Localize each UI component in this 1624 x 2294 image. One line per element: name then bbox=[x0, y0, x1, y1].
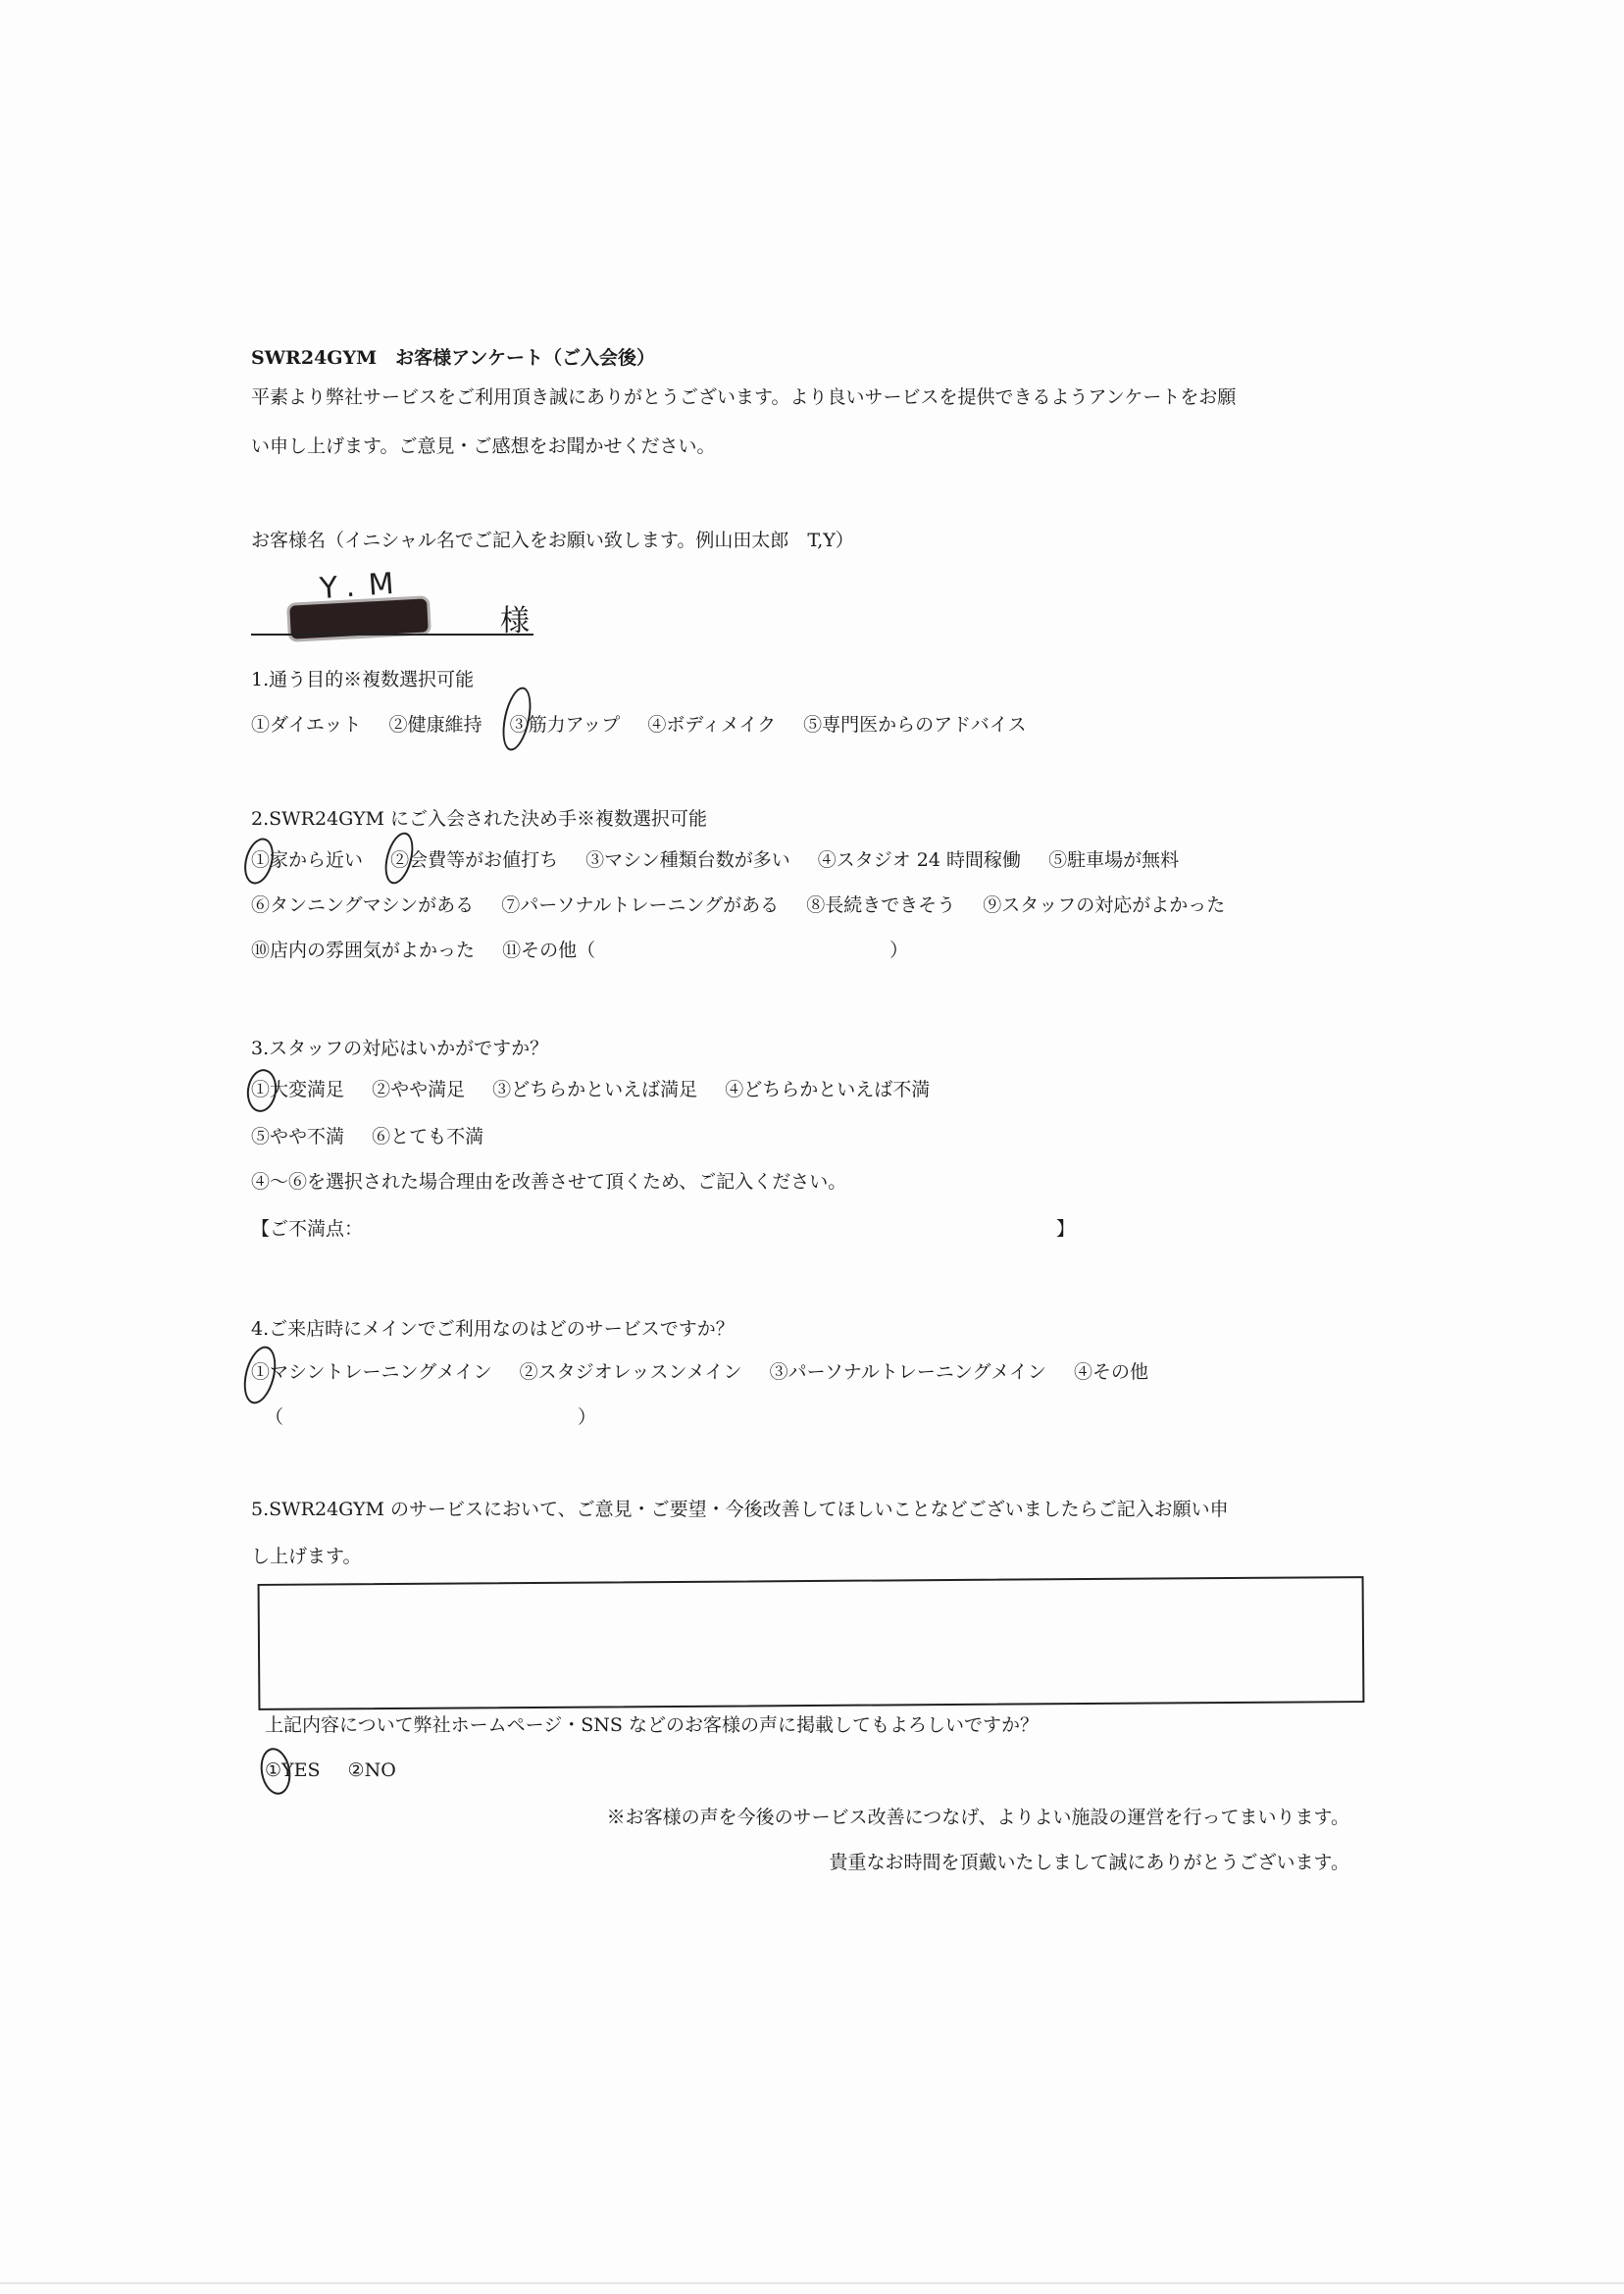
q2-options-row1: ①家から近い ②会費等がお値打ち ③マシン種類台数が多い ④スタジオ 24 時間… bbox=[251, 847, 1200, 873]
q1-options: ①ダイエット ②健康維持 ③筋力アップ ④ボディメイク ⑤専門医からのアドバイス bbox=[251, 712, 1048, 738]
q3-complaint-field[interactable]: 【ご不満点： 】 bbox=[251, 1216, 1075, 1242]
customer-name-field[interactable]: Y.M 様 bbox=[251, 569, 545, 647]
name-prompt: お客様名（イニシャル名でご記入をお願い致します。例山田太郎 T,Y） bbox=[251, 528, 854, 553]
q4-options: ①マシントレーニングメイン ②スタジオレッスンメイン ③パーソナルトレーニングメ… bbox=[251, 1359, 1170, 1385]
publish-option-yes[interactable]: ①YES bbox=[265, 1758, 320, 1783]
q2-option-1[interactable]: ①家から近い bbox=[251, 847, 363, 873]
q2-option-3[interactable]: ③マシン種類台数が多い bbox=[585, 847, 790, 873]
q2-options-row2: ⑥タンニングマシンがある ⑦パーソナルトレーニングがある ⑧長続きできそう ⑨ス… bbox=[251, 892, 1246, 918]
q3-option-6[interactable]: ⑥とても不満 bbox=[372, 1124, 483, 1149]
q2-option-8[interactable]: ⑧長続きできそう bbox=[806, 892, 955, 918]
scan-edge-artifact bbox=[0, 2282, 1624, 2284]
q1-option-2[interactable]: ②健康維持 bbox=[389, 712, 482, 738]
q3-option-5[interactable]: ⑤やや不満 bbox=[251, 1124, 344, 1149]
q2-option-11[interactable]: ⑪その他（） bbox=[502, 938, 908, 963]
intro-line-1: 平素より弊社サービスをご利用頂き誠にありがとうございます。より良いサービスを提供… bbox=[251, 384, 1236, 410]
q2-option-10[interactable]: ⑩店内の雰囲気がよかった bbox=[251, 938, 475, 963]
publish-question: 上記内容について弊社ホームページ・SNS などのお客様の声に掲載してもよろしいで… bbox=[265, 1712, 1039, 1738]
q2-option-4[interactable]: ④スタジオ 24 時間稼働 bbox=[818, 847, 1021, 873]
survey-page: SWR24GYM お客様アンケート（ご入会後） 平素より弊社サービスをご利用頂き… bbox=[0, 0, 1624, 2294]
complaint-label: 【ご不満点： bbox=[251, 1218, 363, 1240]
closing-line-2: 貴重なお時間を頂戴いたしまして誠にありがとうございます。 bbox=[830, 1848, 1349, 1874]
q1-option-5[interactable]: ⑤専門医からのアドバイス bbox=[803, 712, 1026, 738]
closing-line-1: ※お客様の声を今後のサービス改善につなげ、よりよい施設の運営を行ってまいります。 bbox=[607, 1803, 1349, 1829]
q1-option-1[interactable]: ①ダイエット bbox=[251, 712, 362, 738]
name-underline bbox=[251, 634, 533, 636]
q3-label: 3.スタッフの対応はいかがですか？ bbox=[251, 1036, 548, 1061]
q4-option-1[interactable]: ①マシントレーニングメイン bbox=[251, 1359, 492, 1385]
name-suffix: 様 bbox=[500, 596, 530, 639]
q3-note: ④～⑥を選択された場合理由を改善させて頂くため、ご記入ください。 bbox=[251, 1169, 846, 1195]
q2-option-7[interactable]: ⑦パーソナルトレーニングがある bbox=[501, 892, 779, 918]
q5-label-line1: 5.SWR24GYM のサービスにおいて、ご意見・ご要望・今後改善してほしいこと… bbox=[251, 1497, 1229, 1522]
q5-answer-box[interactable] bbox=[258, 1576, 1365, 1710]
q2-option-9[interactable]: ⑨スタッフの対応がよかった bbox=[983, 892, 1225, 918]
q3-option-2[interactable]: ②やや満足 bbox=[372, 1077, 465, 1102]
q2-options-row3: ⑩店内の雰囲気がよかった ⑪その他（） bbox=[251, 938, 930, 963]
q3-options-row1: ①大変満足 ②やや満足 ③どちらかといえば満足 ④どちらかといえば不満 bbox=[251, 1077, 951, 1102]
q5-label-line2: し上げます。 bbox=[251, 1544, 361, 1569]
complaint-close-bracket: 】 bbox=[1056, 1216, 1075, 1242]
q2-option-5[interactable]: ⑤駐車場が無料 bbox=[1048, 847, 1179, 873]
q3-option-4[interactable]: ④どちらかといえば不満 bbox=[725, 1077, 930, 1102]
q2-option-2[interactable]: ②会費等がお値打ち bbox=[390, 847, 558, 873]
q1-option-3[interactable]: ③筋力アップ bbox=[510, 712, 621, 738]
q2-option-6[interactable]: ⑥タンニングマシンがある bbox=[251, 892, 474, 918]
q4-option-2[interactable]: ②スタジオレッスンメイン bbox=[520, 1359, 742, 1385]
q1-label: 1.通う目的※複数選択可能 bbox=[251, 667, 474, 692]
q4-other-field[interactable]: （） bbox=[265, 1404, 596, 1430]
q3-option-3[interactable]: ③どちらかといえば満足 bbox=[492, 1077, 697, 1102]
q1-option-4[interactable]: ④ボディメイク bbox=[647, 712, 776, 738]
q3-option-1[interactable]: ①大変満足 bbox=[251, 1077, 344, 1102]
publish-option-no[interactable]: ②NO bbox=[348, 1758, 396, 1783]
q4-option-3[interactable]: ③パーソナルトレーニングメイン bbox=[770, 1359, 1046, 1385]
publish-options: ①YES ②NO bbox=[265, 1758, 418, 1783]
intro-line-2: い申し上げます。ご意見・ご感想をお聞かせください。 bbox=[251, 433, 715, 459]
q3-options-row2: ⑤やや不満 ⑥とても不満 bbox=[251, 1124, 505, 1149]
survey-title: SWR24GYM お客様アンケート（ご入会後） bbox=[251, 345, 655, 371]
q4-option-4[interactable]: ④その他 bbox=[1074, 1359, 1148, 1385]
q2-label: 2.SWR24GYM にご入会された決め手※複数選択可能 bbox=[251, 806, 707, 832]
q4-label: 4.ご来店時にメインでご利用なのはどのサービスですか？ bbox=[251, 1316, 735, 1342]
